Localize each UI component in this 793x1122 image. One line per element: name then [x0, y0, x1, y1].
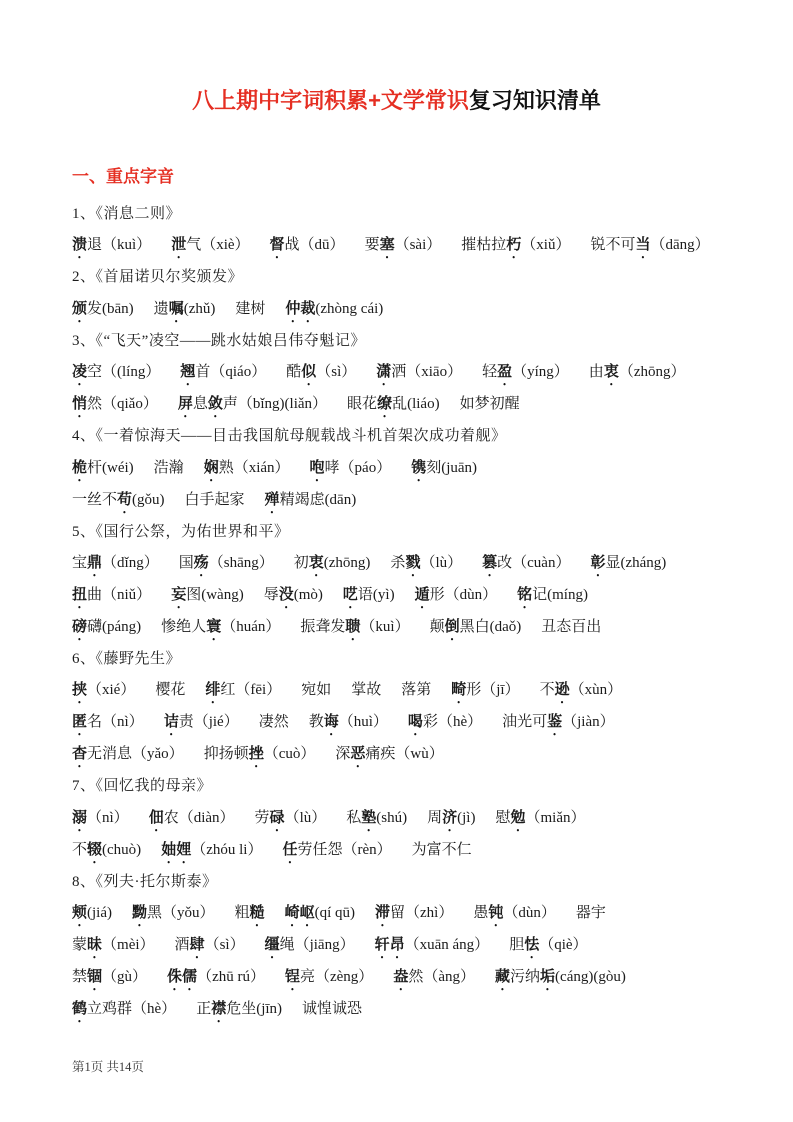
word-entry: 铭记(míng): [517, 587, 588, 603]
emphasized-char: 诲: [324, 714, 339, 730]
word-entry: 诘责（jié）: [164, 714, 239, 730]
word-entry: 酷似（sì）: [286, 364, 356, 380]
emphasized-char: 凌: [72, 364, 87, 380]
page-title: 八上期中字词积累+文学常识复习知识清单: [0, 88, 793, 114]
emphasized-char: 嘱: [169, 301, 184, 317]
word-entry: 掌故: [351, 682, 381, 698]
word-entry: 督战（dū）: [270, 237, 345, 253]
emphasized-char: 泄: [171, 237, 186, 253]
word-entry: 私塾(shú): [346, 810, 407, 826]
emphasized-char: 仲裁: [285, 301, 315, 317]
lesson-heading: 2、《首届诺贝尔奖颁发》: [72, 262, 735, 293]
emphasized-char: 轩昂: [375, 937, 405, 953]
word-entry: 篡改（cuàn）: [482, 555, 570, 571]
word-entry: 凄然: [259, 714, 289, 730]
word-entry: 辱没(mò): [264, 587, 323, 603]
word-entry: 油光可鉴（jiàn）: [502, 714, 615, 730]
emphasized-char: 咆: [310, 460, 325, 476]
emphasized-char: 滞: [375, 905, 390, 921]
lesson-heading: 7、《回忆我的母亲》: [72, 771, 735, 802]
word-entry: 悄然（qiǎo）: [72, 396, 158, 412]
emphasized-char: 颊: [72, 905, 87, 921]
word-entry: 不逊（xùn）: [540, 682, 623, 698]
emphasized-char: 戮: [405, 555, 420, 571]
word-line: 鹤立鸡群（hè）正襟危坐(jīn)诚惶诚恐: [72, 994, 735, 1026]
word-line: 不辍(chuò)妯娌（zhóu li）任劳任怨（rèn）为富不仁: [72, 835, 735, 867]
emphasized-char: 苟: [117, 492, 132, 508]
word-entry: 杀戮（lù）: [390, 555, 462, 571]
emphasized-char: 垢: [540, 969, 555, 985]
word-entry: 缰绳（jiāng）: [265, 937, 355, 953]
word-entry: 蒙昧（mèi）: [72, 937, 155, 953]
emphasized-char: 碌: [270, 810, 285, 826]
document-body: 1、《消息二则》溃退（kuì）泄气（xiè）督战（dū）要塞（sài）摧枯拉朽（…: [72, 199, 735, 1026]
emphasized-char: 喝: [408, 714, 423, 730]
lesson-heading: 5、《国行公祭，为佑世界和平》: [72, 517, 735, 548]
word-entry: 要塞（sài）: [365, 237, 442, 253]
word-entry: 镌刻(juān): [411, 460, 477, 476]
emphasized-char: 盈: [497, 364, 512, 380]
word-line: 匿名（nì）诘责（jié）凄然教诲（huì）喝彩（hè）油光可鉴（jiàn）: [72, 707, 735, 739]
emphasized-char: 殇: [194, 555, 209, 571]
word-entry: 樱花: [155, 682, 185, 698]
emphasized-char: 鹤: [72, 1001, 87, 1017]
emphasized-char: 衷: [309, 555, 324, 571]
emphasized-char: 肆: [190, 937, 205, 953]
word-entry: 桅杆(wéi): [72, 460, 134, 476]
emphasized-char: 妯娌: [161, 842, 191, 858]
word-entry: 畸形（jī）: [451, 682, 519, 698]
word-entry: 匿名（nì）: [72, 714, 144, 730]
word-line: 扭曲（niǔ）妄图(wàng)辱没(mò)呓语(yì)遁形（dùn）铭记(mín…: [72, 580, 735, 612]
word-entry: 初衷(zhōng): [294, 555, 371, 571]
word-line: 磅礴(páng)惨绝人寰（huán）振聋发聩（kuì）颠倒黑白(daǒ)丑态百出: [72, 612, 735, 644]
word-entry: 惨绝人寰（huán）: [161, 619, 280, 635]
emphasized-char: 锃: [285, 969, 300, 985]
section-heading: 一、重点字音: [72, 162, 735, 187]
lesson-heading: 8、《列夫·托尔斯泰》: [72, 867, 735, 898]
word-line: 一丝不苟(gǒu)白手起家殚精竭虑(dān): [72, 485, 735, 517]
word-entry: 深恶痛疾（wù）: [335, 746, 443, 762]
word-entry: 慰勉（miǎn）: [495, 810, 585, 826]
emphasized-char: 殚: [265, 492, 280, 508]
emphasized-char: 溃: [72, 237, 87, 253]
word-entry: 呓语(yì): [343, 587, 395, 603]
word-entry: 藏污纳垢(cáng)(gòu): [495, 969, 626, 985]
word-entry: 宛如: [301, 682, 331, 698]
word-entry: 殚精竭虑(dān): [265, 492, 357, 508]
word-line: 溺（nì）佃农（diàn）劳碌（lù）私塾(shú)周济(jì)慰勉（miǎn）: [72, 803, 735, 835]
emphasized-char: 盎: [393, 969, 408, 985]
emphasized-char: 彰: [590, 555, 605, 571]
word-entry: 咆哮（páo）: [310, 460, 392, 476]
word-entry: 锃亮（zèng）: [285, 969, 373, 985]
emphasized-char: 督: [270, 237, 285, 253]
emphasized-char: 鉴: [547, 714, 562, 730]
word-entry: 仲裁(zhòng cái): [285, 301, 383, 317]
emphasized-char: 塞: [380, 237, 395, 253]
emphasized-char: 塾: [361, 810, 376, 826]
emphasized-char: 挫: [249, 746, 264, 762]
word-entry: 胆怯（qiè）: [509, 937, 587, 953]
word-line: 杳无消息（yǎo）抑扬顿挫（cuò）深恶痛疾（wù）: [72, 739, 735, 771]
emphasized-char: 翘: [180, 364, 195, 380]
word-entry: 侏儒（zhū rú）: [167, 969, 265, 985]
emphasized-char: 崎岖: [285, 905, 315, 921]
word-entry: 翘首（qiáo）: [180, 364, 266, 380]
lesson-heading: 6、《藤野先生》: [72, 644, 735, 675]
word-entry: 不辍(chuò): [72, 842, 141, 858]
word-entry: 扭曲（niǔ）: [72, 587, 151, 603]
word-entry: 禁锢（gù）: [72, 969, 147, 985]
emphasized-char: 辍: [87, 842, 102, 858]
word-entry: 建树: [235, 301, 265, 317]
word-entry: 如梦初醒: [460, 396, 520, 412]
word-line: 凌空（(líng）翘首（qiáo）酷似（sì）潇洒（xiāo）轻盈（yíng）由…: [72, 357, 735, 389]
word-entry: 国殇（shāng）: [179, 555, 274, 571]
page-title-red: 八上期中字词积累+文学常识: [192, 88, 469, 113]
emphasized-char: 襟: [211, 1001, 226, 1017]
emphasized-char: 锢: [87, 969, 102, 985]
word-entry: 颁发(bān): [72, 301, 134, 317]
word-line: 禁锢（gù）侏儒（zhū rú）锃亮（zèng）盎然（àng）藏污纳垢(cáng…: [72, 962, 735, 994]
emphasized-char: 寰: [206, 619, 221, 635]
word-entry: 愚钝（dùn）: [473, 905, 556, 921]
word-entry: 粗糙: [235, 905, 265, 921]
emphasized-char: 黝: [132, 905, 147, 921]
word-entry: 酒肆（sì）: [175, 937, 245, 953]
emphasized-char: 聩: [345, 619, 360, 635]
word-entry: 潇洒（xiāo）: [376, 364, 462, 380]
word-entry: 杳无消息（yǎo）: [72, 746, 184, 762]
emphasized-char: 衷: [604, 364, 619, 380]
word-entry: 周济(jì): [427, 810, 475, 826]
emphasized-char: 匿: [72, 714, 87, 730]
emphasized-char: 篡: [482, 555, 497, 571]
emphasized-char: 诘: [164, 714, 179, 730]
emphasized-char: 藏: [495, 969, 510, 985]
lesson-heading: 3、《“飞天”凌空——跳水姑娘吕伟夺魁记》: [72, 326, 735, 357]
emphasized-char: 怯: [524, 937, 539, 953]
emphasized-char: 悄: [72, 396, 87, 412]
page-footer: 第1页 共14页: [72, 1057, 144, 1075]
emphasized-char: 倒: [445, 619, 460, 635]
word-entry: 浩瀚: [154, 460, 184, 476]
word-line: 蒙昧（mèi）酒肆（sì）缰绳（jiāng）轩昂（xuān áng）胆怯（qiè…: [72, 930, 735, 962]
word-entry: 溃退（kuì）: [72, 237, 151, 253]
word-entry: 妯娌（zhóu li）: [161, 842, 262, 858]
emphasized-char: 佃: [149, 810, 164, 826]
word-entry: 轩昂（xuān áng）: [375, 937, 490, 953]
word-line: 桅杆(wéi)浩瀚娴熟（xián）咆哮（páo）镌刻(juān): [72, 453, 735, 485]
emphasized-char: 任: [282, 842, 297, 858]
emphasized-char: 糙: [250, 905, 265, 921]
word-entry: 挟（xié）: [72, 682, 135, 698]
word-line: 悄然（qiǎo）屏息敛声（bǐng)(liǎn）眼花缭乱(liáo)如梦初醒: [72, 389, 735, 421]
emphasized-char: 逊: [555, 682, 570, 698]
word-entry: 泄气（xiè）: [171, 237, 249, 253]
emphasized-char: 挟: [72, 682, 87, 698]
emphasized-char: 镌: [411, 460, 426, 476]
emphasized-char: 屏: [178, 396, 193, 412]
emphasized-char: 妄: [171, 587, 186, 603]
emphasized-char: 磅: [72, 619, 87, 635]
word-entry: 佃农（diàn）: [149, 810, 235, 826]
emphasized-char: 桅: [72, 460, 87, 476]
word-entry: 盎然（àng）: [393, 969, 475, 985]
word-entry: 为富不仁: [412, 842, 472, 858]
word-entry: 抑扬顿挫（cuò）: [204, 746, 316, 762]
word-entry: 娴熟（xián）: [204, 460, 290, 476]
emphasized-char: 钝: [488, 905, 503, 921]
emphasized-char: 娴: [204, 460, 219, 476]
emphasized-char: 杳: [72, 746, 87, 762]
word-entry: 颠倒黑白(daǒ): [430, 619, 522, 635]
emphasized-char: 溺: [72, 810, 87, 826]
word-entry: 任劳任怨（rèn）: [282, 842, 391, 858]
word-entry: 滞留（zhì）: [375, 905, 453, 921]
emphasized-char: 遁: [415, 587, 430, 603]
word-line: 宝鼎（dǐng）国殇（shāng）初衷(zhōng)杀戮（lù）篡改（cuàn）…: [72, 548, 735, 580]
emphasized-char: 颁: [72, 301, 87, 317]
emphasized-char: 没: [279, 587, 294, 603]
emphasized-char: 扭: [72, 587, 87, 603]
emphasized-char: 昧: [87, 937, 102, 953]
emphasized-char: 勉: [510, 810, 525, 826]
word-entry: 落第: [401, 682, 431, 698]
lesson-heading: 4、《一着惊海天——目击我国航母舰载战斗机首架次成功着舰》: [72, 421, 735, 452]
word-entry: 喝彩（hè）: [408, 714, 482, 730]
word-entry: 诚惶诚恐: [302, 1001, 362, 1017]
page-title-black: 复习知识清单: [469, 88, 601, 113]
word-line: 颊(jiá)黝黑（yǒu）粗糙崎岖(qí qū)滞留（zhì）愚钝（dùn）器宇: [72, 898, 735, 930]
word-entry: 凌空（(líng）: [72, 364, 160, 380]
word-entry: 教诲（huì）: [309, 714, 388, 730]
emphasized-char: 似: [301, 364, 316, 380]
document-page: 八上期中字词积累+文学常识复习知识清单 一、重点字音 1、《消息二则》溃退（ku…: [0, 0, 793, 1122]
word-entry: 一丝不苟(gǒu): [72, 492, 165, 508]
word-entry: 崎岖(qí qū): [285, 905, 355, 921]
word-entry: 磅礴(páng): [72, 619, 141, 635]
emphasized-char: 缰: [265, 937, 280, 953]
emphasized-char: 侏儒: [167, 969, 197, 985]
word-line: 挟（xié）樱花绯红（fēi）宛如掌故落第畸形（jī）不逊（xùn）: [72, 675, 735, 707]
emphasized-char: 铭: [517, 587, 532, 603]
word-entry: 颊(jiá): [72, 905, 112, 921]
word-entry: 遗嘱(zhǔ): [154, 301, 216, 317]
emphasized-char: 潇: [376, 364, 391, 380]
word-entry: 彰显(zháng): [590, 555, 666, 571]
word-entry: 由衷（zhōng）: [589, 364, 686, 380]
word-entry: 眼花缭乱(liáo): [347, 396, 440, 412]
word-entry: 屏息敛声（bǐng)(liǎn）: [178, 396, 327, 412]
emphasized-char: 呓: [343, 587, 358, 603]
word-entry: 振聋发聩（kuì）: [300, 619, 409, 635]
emphasized-char: 敛: [208, 396, 223, 412]
emphasized-char: 济: [442, 810, 457, 826]
emphasized-char: 朽: [506, 237, 521, 253]
word-entry: 溺（nì）: [72, 810, 129, 826]
lesson-heading: 1、《消息二则》: [72, 199, 735, 230]
word-entry: 正襟危坐(jīn): [196, 1001, 282, 1017]
word-entry: 黝黑（yǒu）: [132, 905, 215, 921]
emphasized-char: 当: [635, 237, 650, 253]
word-entry: 劳碌（lù）: [255, 810, 327, 826]
word-entry: 鹤立鸡群（hè）: [72, 1001, 176, 1017]
word-entry: 轻盈（yíng）: [482, 364, 569, 380]
word-entry: 遁形（dùn）: [415, 587, 498, 603]
word-entry: 妄图(wàng): [171, 587, 244, 603]
word-entry: 摧枯拉朽（xiǔ）: [461, 237, 570, 253]
word-entry: 宝鼎（dǐng）: [72, 555, 159, 571]
word-entry: 锐不可当（dāng）: [590, 237, 709, 253]
emphasized-char: 缭: [377, 396, 392, 412]
emphasized-char: 鼎: [87, 555, 102, 571]
word-entry: 器宇: [576, 905, 606, 921]
emphasized-char: 畸: [451, 682, 466, 698]
emphasized-char: 绯: [205, 682, 220, 698]
word-entry: 白手起家: [185, 492, 245, 508]
word-entry: 绯红（fēi）: [205, 682, 281, 698]
word-entry: 丑态百出: [541, 619, 601, 635]
word-line: 溃退（kuì）泄气（xiè）督战（dū）要塞（sài）摧枯拉朽（xiǔ）锐不可当…: [72, 230, 735, 262]
emphasized-char: 恶: [350, 746, 365, 762]
word-line: 颁发(bān)遗嘱(zhǔ)建树仲裁(zhòng cái): [72, 294, 735, 326]
